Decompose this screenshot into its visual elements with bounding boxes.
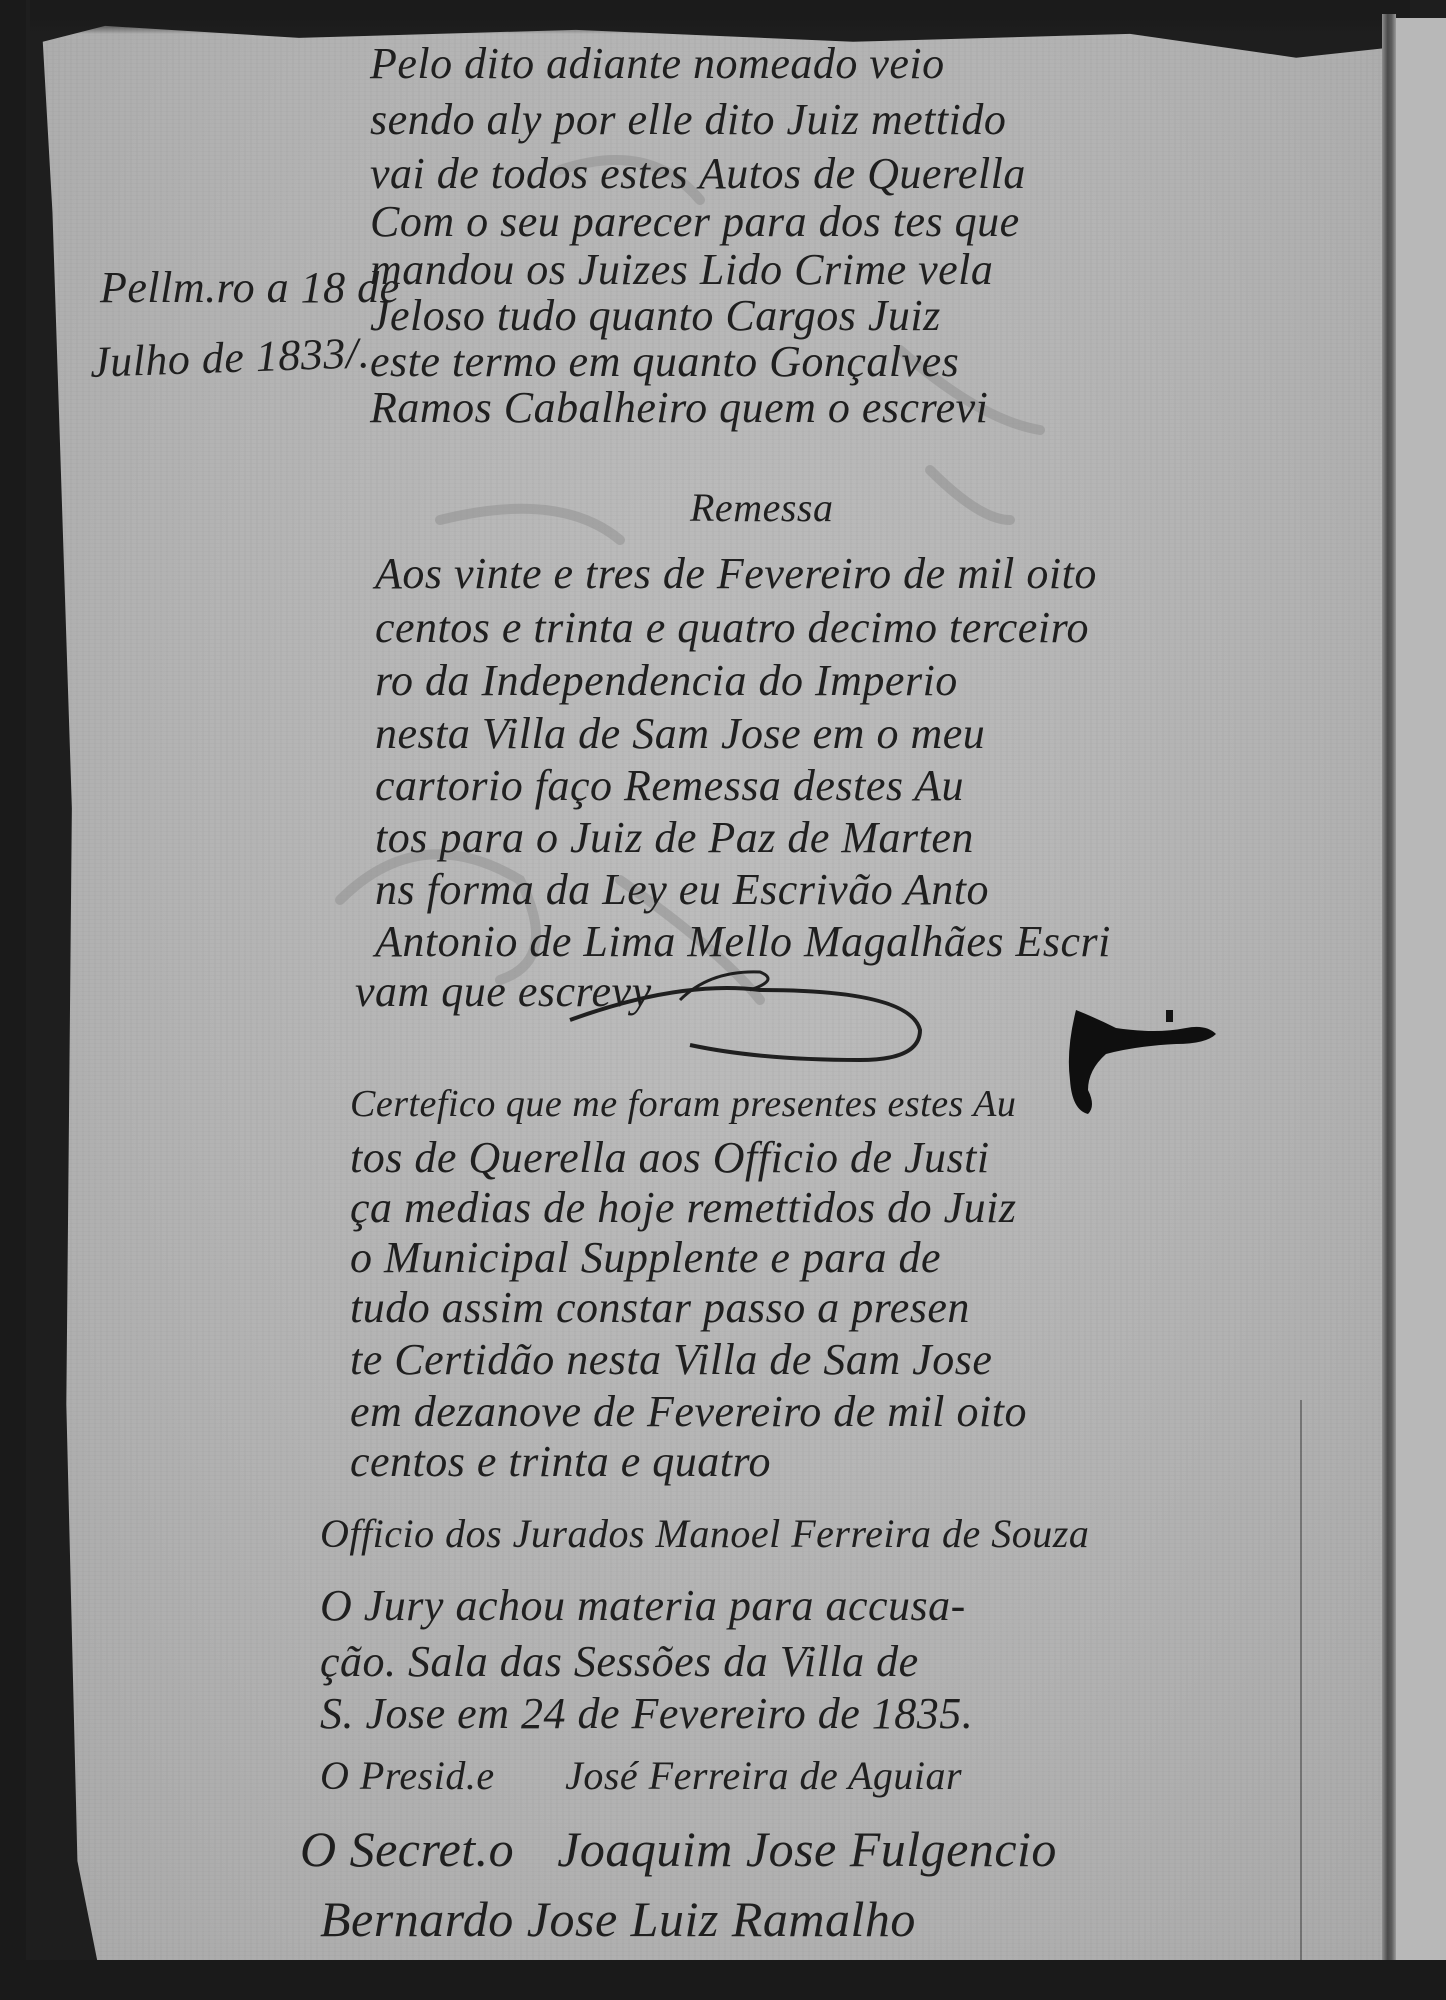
text-line: Pelo dito adiante nomeado veio: [370, 38, 945, 89]
signature-juror: Bernardo Jose Luiz Ramalho: [320, 1890, 916, 1948]
text-line: vai de todos estes Autos de Querella: [370, 148, 1026, 199]
signature-role: O Secret.o: [300, 1821, 514, 1877]
signature-president: O Presid.e José Ferreira de Aguiar: [320, 1752, 962, 1799]
text-line: centos e trinta e quatro decimo terceiro: [375, 602, 1089, 653]
section-heading-remessa: Remessa: [690, 484, 833, 531]
text-line: Jeloso tudo quanto Cargos Juiz: [370, 290, 941, 341]
text-line: tudo assim constar passo a presen: [350, 1282, 970, 1333]
text-line: Ramos Cabalheiro quem o escrevi: [370, 382, 988, 433]
signature-name: Joaquim Jose Fulgencio: [557, 1821, 1057, 1877]
text-line: centos e trinta e quatro: [350, 1436, 771, 1487]
text-line: tos de Querella aos Officio de Justi: [350, 1132, 990, 1183]
text-line: o Municipal Supplente e para de: [350, 1232, 941, 1283]
margin-note-line-2: Julho de 1833/.: [89, 327, 371, 388]
text-line: tos para o Juiz de Paz de Marten: [375, 812, 974, 863]
text-line: S. Jose em 24 de Fevereiro de 1835.: [320, 1688, 973, 1739]
text-line: sendo aly por elle dito Juiz mettido: [370, 94, 1006, 145]
ink-blot: [1066, 1010, 1226, 1120]
margin-note-line-1: Pellm.ro a 18 de: [100, 262, 400, 313]
signature-flourish: [560, 960, 960, 1080]
text-line: ça medias de hoje remettidos do Juiz: [350, 1182, 1016, 1233]
text-line: te Certidão nesta Villa de Sam Jose: [350, 1334, 992, 1385]
text-line: este termo em quanto Gonçalves: [370, 336, 959, 387]
signature-secretary: O Secret.o Joaquim Jose Fulgencio: [300, 1820, 1057, 1878]
signature-name: José Ferreira de Aguiar: [565, 1753, 962, 1798]
text-line: Officio dos Jurados Manoel Ferreira de S…: [320, 1510, 1089, 1557]
text-line: ns forma da Ley eu Escrivão Anto: [375, 864, 989, 915]
text-line: Certefico que me foram presentes estes A…: [350, 1082, 1016, 1126]
text-line: ção. Sala das Sessões da Villa de: [320, 1636, 919, 1687]
text-line: nesta Villa de Sam Jose em o meu: [375, 708, 985, 759]
text-line: cartorio faço Remessa destes Au: [375, 760, 964, 811]
signature-role: O Presid.e: [320, 1753, 495, 1798]
text-line: ro da Independencia do Imperio: [375, 655, 958, 706]
text-line: O Jury achou materia para accusa-: [320, 1580, 966, 1631]
text-line: Com o seu parecer para dos tes que: [370, 196, 1020, 247]
text-line: Aos vinte e tres de Fevereiro de mil oit…: [375, 548, 1097, 599]
text-line: mandou os Juizes Lido Crime vela: [370, 244, 993, 295]
signature-name: Bernardo Jose Luiz Ramalho: [320, 1891, 916, 1947]
text-line: em dezanove de Fevereiro de mil oito: [350, 1386, 1027, 1437]
